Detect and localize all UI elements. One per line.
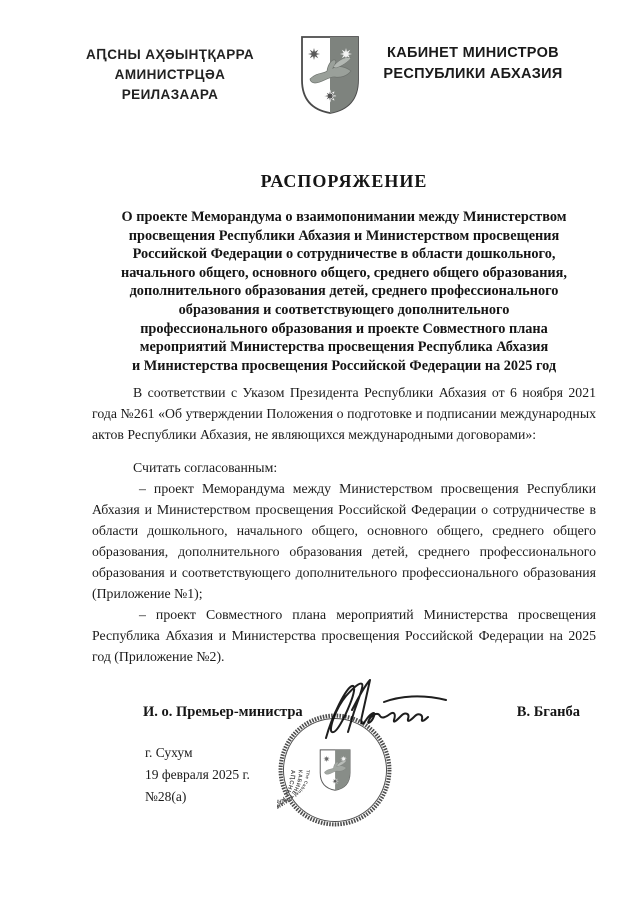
org-name-russian-line1: КАБИНЕТ МИНИСТРОВ <box>368 43 578 64</box>
signer-post: И. о. Премьер-министра <box>92 704 303 721</box>
subject-line: образования и соответствующего дополните… <box>76 301 612 320</box>
org-name-russian-line2: РЕСПУБЛИКИ АБХАЗИЯ <box>368 64 578 85</box>
document-subject: О проекте Меморандума о взаимопонимании … <box>76 208 612 375</box>
document-body: В соответствии с Указом Президента Респу… <box>92 382 596 667</box>
seal-coat-of-arms-icon <box>320 750 350 790</box>
subject-line: и Министерства просвещения Российской Фе… <box>76 357 612 376</box>
document-footer: г. Сухум 19 февраля 2025 г. №28(а) <box>145 742 250 808</box>
document-title: РАСПОРЯЖЕНИЕ <box>92 171 596 192</box>
document-place: г. Сухум <box>145 742 250 764</box>
subject-line: Российской Федерации о сотрудничестве в … <box>76 245 612 264</box>
subject-line: О проекте Меморандума о взаимопонимании … <box>76 208 612 227</box>
subject-line: мероприятий Министерства просвещения Рес… <box>76 338 612 357</box>
org-name-abkhaz-line1: АԤСНЫ АҲӘЫНҬҚАРРА <box>66 45 274 65</box>
org-name-abkhaz-line2: АМИНИСТРЦӘА РЕИЛАЗААРА <box>66 65 274 105</box>
decision-intro: Считать согласованным: <box>92 457 596 478</box>
org-name-abkhaz: АԤСНЫ АҲӘЫНҬҚАРРА АМИНИСТРЦӘА РЕИЛАЗААРА <box>66 45 274 105</box>
signature-icon <box>296 674 468 748</box>
document-number: №28(а) <box>145 786 250 808</box>
subject-line: профессионального образования и проекте … <box>76 320 612 339</box>
decision-item-2: – проект Совместного плана мероприятий М… <box>92 604 596 667</box>
subject-line: дополнительного образования детей, средн… <box>76 282 612 301</box>
document-date: 19 февраля 2025 г. <box>145 764 250 786</box>
subject-line: просвещения Республики Абхазия и Министе… <box>76 227 612 246</box>
org-name-russian: КАБИНЕТ МИНИСТРОВ РЕСПУБЛИКИ АБХАЗИЯ <box>368 43 578 85</box>
preamble-paragraph: В соответствии с Указом Президента Респу… <box>92 382 596 445</box>
decision-item-1: – проект Меморандума между Министерством… <box>92 478 596 604</box>
signer-name: В. Бганба <box>517 704 596 721</box>
document-page: АԤСНЫ АҲӘЫНҬҚАРРА АМИНИСТРЦӘА РЕИЛАЗААРА… <box>0 0 640 905</box>
coat-of-arms-icon <box>298 34 362 116</box>
subject-line: начального общего, основного общего, сре… <box>76 264 612 283</box>
